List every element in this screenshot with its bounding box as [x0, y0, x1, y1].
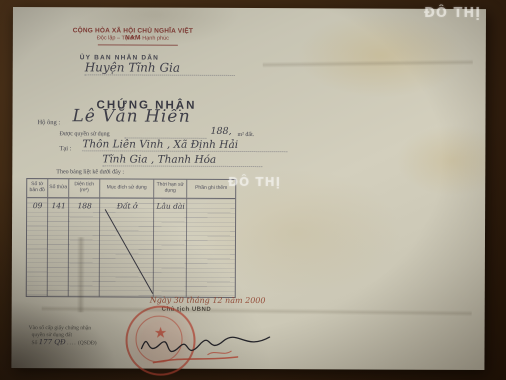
- registry-number-suffix: (QSDĐ): [78, 340, 97, 346]
- table-header-cell: Thời hạn sử dụng: [154, 180, 187, 198]
- table-diagonal-strike: [27, 198, 235, 297]
- usage-label: Được quyền sử dụng: [59, 131, 109, 137]
- area-value: 188,: [210, 126, 231, 137]
- table-header-cell: Diện tích (m²): [69, 179, 100, 197]
- photo-background: CỘNG HÒA XÃ HỘI CHỦ NGHĨA VIỆT NAM Độc l…: [0, 0, 506, 380]
- location-label: Tại :: [59, 145, 71, 152]
- location-line-1: Thôn Liên Vinh , Xã Định Hải: [82, 138, 287, 152]
- national-motto: Độc lập – Tự do – Hạnh phúc: [65, 35, 201, 42]
- watermark-dothi: ĐÔ THỊ: [228, 175, 281, 189]
- table-header-row: Số tờ bản đồ Số thửa Diện tích (m²) Mục …: [27, 179, 235, 199]
- location-line-2: Tĩnh Gia , Thanh Hóa: [102, 153, 262, 167]
- table-header-cell: Số thửa: [48, 179, 69, 197]
- paper-crease: [263, 59, 473, 68]
- registry-note-line3: Số 177 QĐ .... (QSDĐ): [32, 338, 97, 346]
- signature: [119, 310, 289, 373]
- district-name: Huyện Tĩnh Gia: [85, 60, 235, 76]
- holder-name: Lê Văn Hiến: [72, 106, 190, 127]
- paper-crease: [77, 237, 85, 312]
- registry-number-value: 177 QĐ: [39, 338, 66, 346]
- table-header-cell: Số tờ bản đồ: [27, 179, 48, 197]
- registry-number-label: Số: [32, 340, 38, 346]
- date-line: Ngày 30 tháng 12 năm 2000: [150, 296, 266, 306]
- watermark-dothi: ĐÔ THỊ: [424, 6, 481, 21]
- table-header-cell: Mục đích sử dụng: [100, 179, 154, 197]
- registry-note-line1: Vào sổ cấp giấy chứng nhận: [29, 325, 91, 331]
- land-table: Số tờ bản đồ Số thửa Diện tích (m²) Mục …: [26, 178, 237, 298]
- table-intro: Theo bảng liệt kê dưới đây :: [56, 169, 124, 175]
- signature-scribble: [153, 357, 237, 363]
- table-ruled-lines: 09 141 188 Đất ở Lâu dài: [27, 198, 235, 297]
- area-unit: m² đất.: [237, 132, 254, 138]
- motto-underline: [98, 44, 178, 45]
- holder-label: Hộ ông :: [37, 119, 60, 126]
